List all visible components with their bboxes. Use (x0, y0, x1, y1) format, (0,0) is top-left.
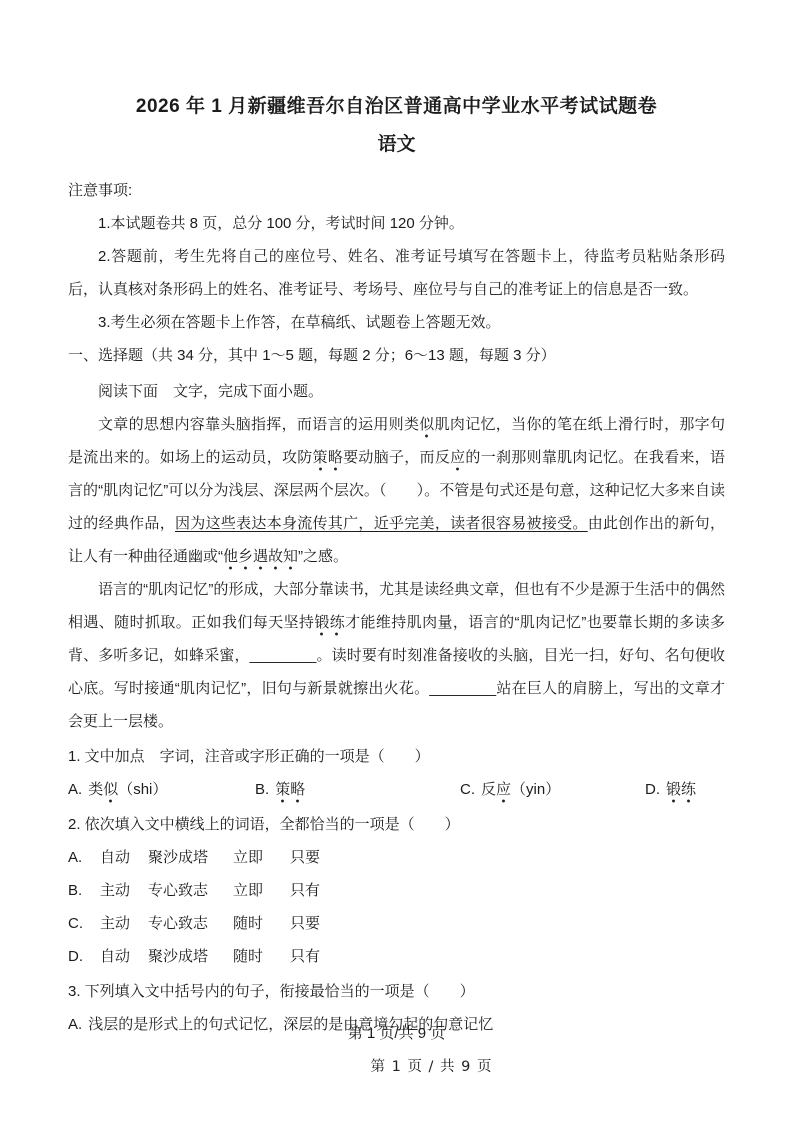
option-word: 只有 (290, 874, 725, 907)
option-word: 主动 (100, 907, 148, 940)
exam-page: 2026 年 1 月新疆维吾尔自治区普通高中学业水平考试试题卷 语文 注意事项:… (0, 0, 793, 1122)
option-word: 聚沙成塔 (148, 841, 233, 874)
question-2-stem: 2. 依次填入文中横线上的词语，全都恰当的一项是（ ） (68, 808, 725, 841)
text-run: （yin） (511, 781, 560, 798)
option-label: D. (645, 781, 660, 798)
option-label: B. (68, 874, 100, 907)
option-label: A. (68, 841, 100, 874)
exam-body: 注意事项: 1.本试题卷共 8 页，总分 100 分，考试时间 120 分钟。 … (68, 174, 725, 1041)
text-run: （shi） (118, 781, 167, 798)
reading-passage: 阅读下面 文字，完成下面小题。 文章的思想内容靠头脑指挥，而语言的运用则类似肌肉… (68, 375, 725, 738)
option-label: A. (68, 1016, 82, 1033)
option-label: C. (68, 907, 100, 940)
option-word: 立即 (233, 841, 290, 874)
option-2D: D. 自动 聚沙成塔 随时 只有 (68, 940, 725, 973)
emphasized-text: 锻练 (314, 614, 345, 636)
emphasized-text: 策略 (275, 781, 305, 803)
emphasized-text: 似 (419, 416, 434, 438)
page-number-secondary: 第 1 页 / 共 9 页 (371, 1055, 493, 1076)
emphasized-text: 似 (103, 781, 118, 803)
option-word: 专心致志 (148, 874, 233, 907)
option-word: 主动 (100, 874, 148, 907)
option-word: 随时 (233, 907, 290, 940)
notice-heading: 注意事项: (68, 174, 725, 207)
option-word: 聚沙成塔 (148, 940, 233, 973)
option-text: 锻练 (666, 781, 696, 803)
passage-paragraph-2: 语言的“肌肉记忆”的形成，大部分靠读书，尤其是读经典文章，但也有不少是源于生活中… (68, 573, 725, 738)
option-word: 自动 (100, 841, 148, 874)
section-heading: 一、选择题（共 34 分，其中 1～5 题，每题 2 分；6～13 题，每题 3… (68, 339, 725, 372)
notice-item-2: 2.答题前，考生先将自己的座位号、姓名、准考证号填写在答题卡上，待监考员粘贴条形… (68, 240, 725, 306)
passage-intro: 阅读下面 文字，完成下面小题。 (68, 375, 725, 408)
option-2B: B. 主动 专心致志 立即 只有 (68, 874, 725, 907)
option-label: B. (255, 781, 269, 798)
option-2C: C. 主动 专心致志 随时 只要 (68, 907, 725, 940)
option-word: 随时 (233, 940, 290, 973)
text-run: 要动脑子，而反 (343, 449, 450, 466)
option-label: A. (68, 781, 82, 798)
notice-item-3: 3.考生必须在答题卡上作答，在草稿纸、试题卷上答题无效。 (68, 306, 725, 339)
emphasized-text: 策略 (313, 449, 344, 471)
emphasized-text: 应 (450, 449, 465, 471)
question-1-options: A.类似（shi） B.策略 C.反应（yin） D.锻练 (68, 773, 725, 806)
emphasized-text: 他乡遇故知 (223, 548, 298, 570)
underlined-text: 因为这些表达本身流传其广，近乎完美，读者很容易被接受。 (175, 515, 588, 532)
option-2A: A. 自动 聚沙成塔 立即 只要 (68, 841, 725, 874)
option-1D: D.锻练 (645, 773, 725, 806)
question-3-stem: 3. 下列填入文中括号内的句子，衔接最恰当的一项是（ ） (68, 975, 725, 1008)
emphasized-text: 应 (496, 781, 511, 803)
fill-blank: ________ (429, 680, 496, 697)
option-word: 立即 (233, 874, 290, 907)
option-word: 只要 (290, 841, 725, 874)
text-run: ”之感。 (298, 548, 348, 565)
emphasized-text: 锻练 (666, 781, 696, 803)
option-1B: B.策略 (255, 773, 460, 806)
option-text: 类似（shi） (88, 781, 167, 803)
fill-blank: ________ (250, 647, 317, 664)
option-word: 专心致志 (148, 907, 233, 940)
option-1C: C.反应（yin） (460, 773, 645, 806)
option-text: 反应（yin） (481, 781, 560, 803)
text-run: 类 (88, 781, 103, 798)
passage-paragraph-1: 文章的思想内容靠头脑指挥，而语言的运用则类似肌肉记忆，当你的笔在纸上滑行时，那字… (68, 408, 725, 573)
option-label: D. (68, 940, 100, 973)
text-run: 文章的思想内容靠头脑指挥，而语言的运用则类 (98, 416, 419, 433)
option-1A: A.类似（shi） (68, 773, 255, 806)
notice-item-1: 1.本试题卷共 8 页，总分 100 分，考试时间 120 分钟。 (68, 207, 725, 240)
option-label: C. (460, 781, 475, 798)
option-word: 只有 (290, 940, 725, 973)
option-word: 自动 (100, 940, 148, 973)
page-number: 第 1 页/共 9 页 (348, 1022, 446, 1043)
text-run: 反 (481, 781, 496, 798)
option-text: 策略 (275, 781, 305, 803)
subject-title: 语文 (68, 130, 725, 160)
question-1-stem: 1. 文中加点 字词，注音或字形正确的一项是（ ） (68, 740, 725, 773)
option-word: 只要 (290, 907, 725, 940)
exam-title: 2026 年 1 月新疆维吾尔自治区普通高中学业水平考试试题卷 (68, 92, 725, 122)
